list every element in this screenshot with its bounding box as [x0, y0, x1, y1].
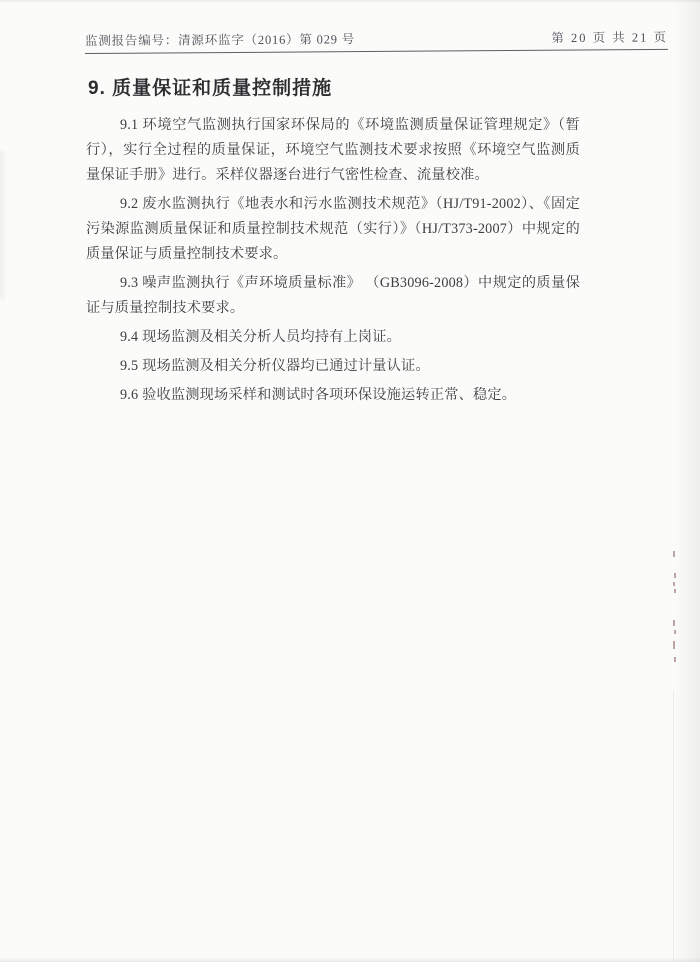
scan-edge-right [674, 0, 700, 962]
paragraph-9-2: 9.2 废水监测执行《地表水和污水监测技术规范》（HJ/T91-2002）、《固… [86, 192, 580, 267]
header-rule [85, 49, 668, 54]
page-header: 监测报告编号：清源环监字（2016）第 029 号 第 20 页 共 21 页 [85, 27, 668, 49]
section-title: 9. 质量保证和质量控制措施 [88, 78, 580, 99]
scan-smudge-left [0, 150, 7, 300]
scan-edge-bottom [0, 957, 700, 962]
page-indicator: 第 20 页 共 21 页 [551, 27, 668, 46]
scanned-report-page: 监测报告编号：清源环监字（2016）第 029 号 第 20 页 共 21 页 … [0, 0, 700, 962]
scan-artifact-dash [673, 620, 675, 626]
report-body: 9. 质量保证和质量控制措施 9.1 环境空气监测执行国家环保局的《环境监测质量… [86, 78, 580, 412]
scan-artifact-dash [673, 582, 675, 586]
scan-artifact-dash [674, 573, 676, 578]
scan-artifact-dash [673, 641, 675, 649]
report-number: 监测报告编号：清源环监字（2016）第 029 号 [85, 29, 355, 49]
paragraph-9-1: 9.1 环境空气监测执行国家环保局的《环境监测质量保证管理规定》（暂行），实行全… [86, 113, 580, 188]
scan-artifact-dash [674, 657, 676, 662]
paragraph-9-4: 9.4 现场监测及相关分析人员均持有上岗证。 [86, 325, 580, 350]
paragraph-9-5: 9.5 现场监测及相关分析仪器均已通过计量认证。 [86, 354, 580, 379]
scan-artifact-dash [674, 630, 676, 634]
scan-artifact-dash [673, 551, 675, 557]
scan-edge-top [0, 0, 700, 3]
paragraph-9-3: 9.3 噪声监测执行《声环境质量标准》 （GB3096-2008）中规定的质量保… [86, 271, 580, 321]
paragraph-9-6: 9.6 验收监测现场采样和测试时各项环保设施运转正常、稳定。 [86, 383, 580, 408]
scan-artifact-dash [674, 589, 676, 593]
scan-artifact-line [673, 690, 674, 962]
